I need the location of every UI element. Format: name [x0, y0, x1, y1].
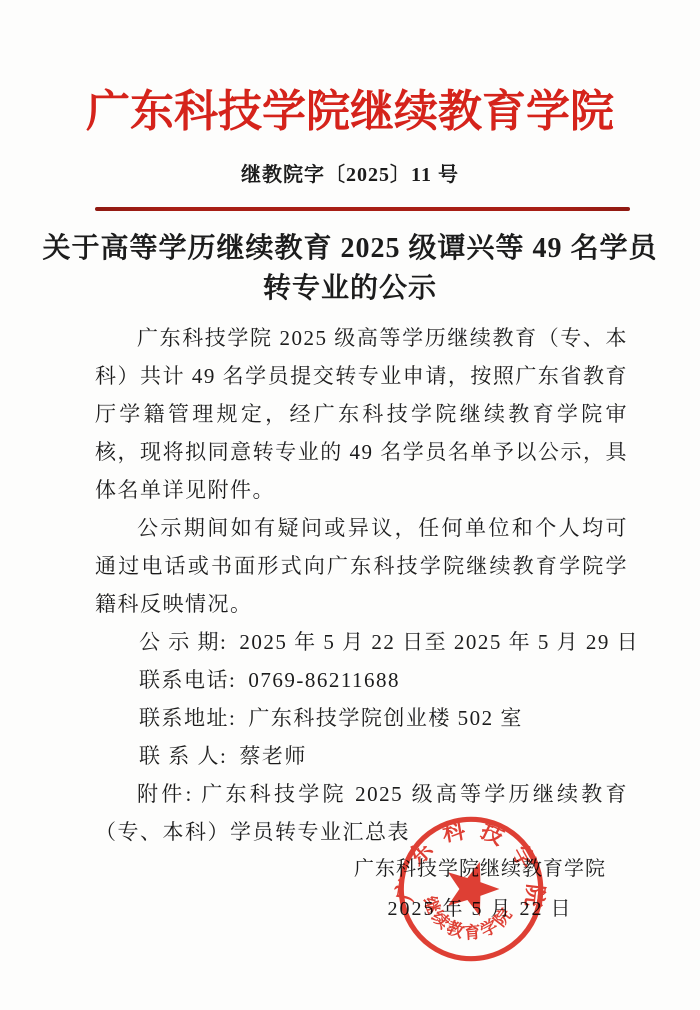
notice-title-line-1: 关于高等学历继续教育 2025 级谭兴等 49 名学员	[0, 229, 700, 269]
detail-value: 2025 年 5 月 22 日至 2025 年 5 月 29 日	[239, 630, 639, 654]
doc-number: 继教院字〔2025〕11 号	[0, 158, 700, 187]
detail-contact-address: 联系地址:广东科技学院创业楼 502 室	[95, 699, 628, 737]
detail-label: 联系地址:	[139, 706, 236, 730]
notice-body: 广东科技学院 2025 级高等学历继续教育（专、本科）共计 49 名学员提交转专…	[95, 319, 628, 851]
detail-label: 公 示 期:	[139, 630, 227, 654]
detail-publicity-period: 公 示 期:2025 年 5 月 22 日至 2025 年 5 月 29 日	[95, 623, 628, 661]
red-divider-line	[95, 207, 630, 211]
notice-title: 关于高等学历继续教育 2025 级谭兴等 49 名学员 转专业的公示	[0, 229, 700, 309]
seal-group: 广东科技学院 继续教育学院	[390, 808, 552, 969]
seal-star-icon	[438, 854, 505, 920]
notice-title-line-2: 转专业的公示	[0, 269, 700, 309]
body-paragraph-1: 广东科技学院 2025 级高等学历继续教育（专、本科）共计 49 名学员提交转专…	[95, 319, 628, 509]
detail-value: 0769-86211688	[248, 668, 400, 692]
letterhead-title: 广东科技学院继续教育学院	[0, 80, 700, 144]
detail-value: 蔡老师	[239, 744, 307, 768]
detail-contact-person: 联 系 人:蔡老师	[95, 737, 628, 775]
detail-label: 联系电话:	[139, 668, 236, 692]
official-seal: 广东科技学院 继续教育学院	[390, 808, 552, 970]
detail-contact-phone: 联系电话:0769-86211688	[95, 661, 628, 699]
document-page: 广东科技学院继续教育学院 继教院字〔2025〕11 号 关于高等学历继续教育 2…	[0, 0, 700, 1010]
detail-value: 广东科技学院创业楼 502 室	[248, 706, 523, 730]
detail-label: 联 系 人:	[139, 744, 227, 768]
body-paragraph-2: 公示期间如有疑问或异议，任何单位和个人均可通过电话或书面形式向广东科技学院继续教…	[95, 509, 628, 623]
